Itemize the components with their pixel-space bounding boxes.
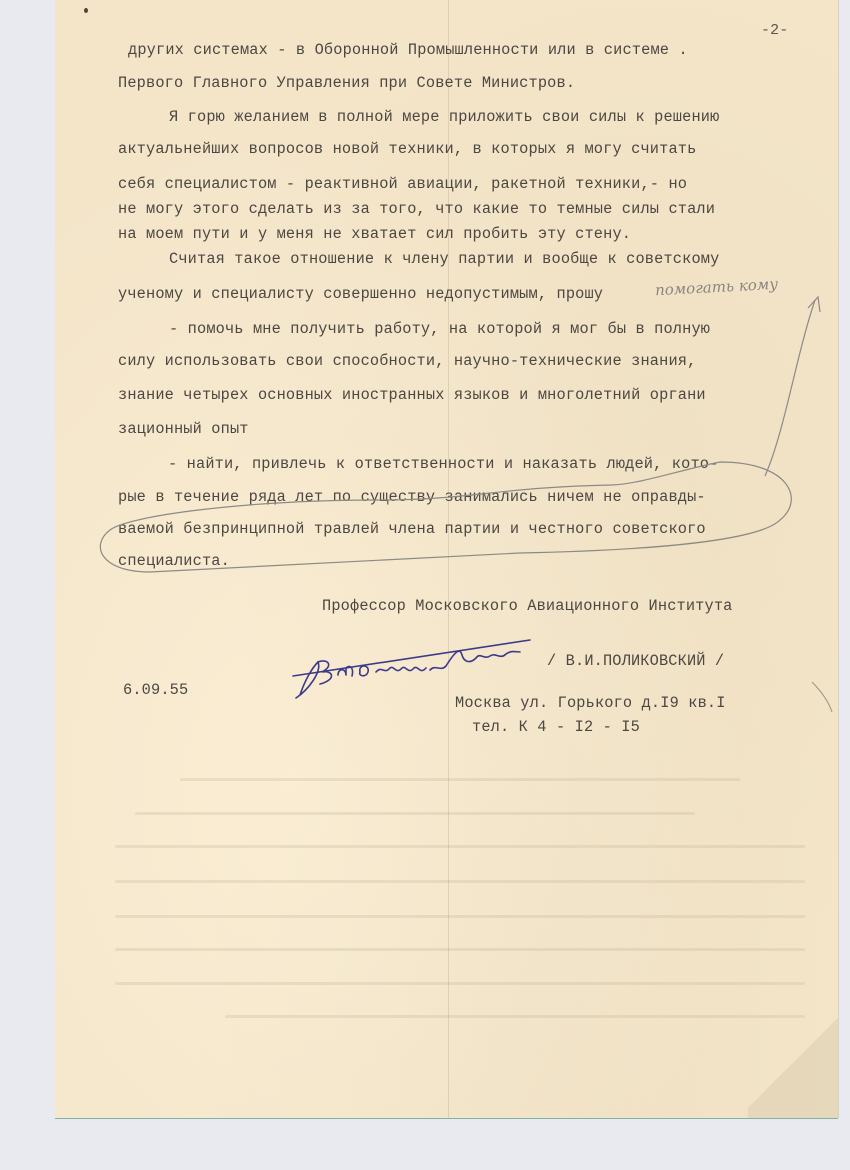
body-line: Считая такое отношение к члену партии и … — [169, 250, 719, 268]
body-line: зационный опыт — [118, 420, 249, 438]
body-line: Первого Главного Управления при Совете М… — [118, 74, 575, 92]
body-line: специалиста. — [118, 552, 230, 570]
body-line: не могу этого сделать из за того, что ка… — [118, 200, 715, 218]
show-through-line — [135, 812, 695, 815]
body-line: на моем пути и у меня не хватает сил про… — [118, 225, 631, 243]
body-line: силу использовать свои способности, науч… — [118, 352, 696, 370]
body-line: ваемой безпринципной травлей члена парти… — [118, 520, 706, 538]
body-line: - найти, привлечь к ответственности и на… — [168, 455, 718, 473]
show-through-line — [115, 948, 805, 951]
body-line: Я горю желанием в полной мере приложить … — [169, 108, 719, 126]
show-through-line — [115, 880, 805, 883]
author-address: Москва ул. Горького д.I9 кв.I — [455, 694, 726, 712]
show-through-line — [180, 778, 740, 781]
ink-speck — [84, 8, 88, 13]
show-through-line — [115, 845, 805, 848]
body-line: других системах - в Оборонной Промышленн… — [128, 41, 688, 59]
body-line: ученому и специалисту совершенно недопус… — [118, 285, 603, 303]
body-line: - помочь мне получить работу, на которой… — [169, 320, 710, 338]
document-date: 6.09.55 — [123, 681, 188, 699]
author-title: Профессор Московского Авиационного Инсти… — [322, 597, 733, 615]
show-through-line — [115, 915, 805, 918]
author-name: / В.И.ПОЛИКОВСКИЙ / — [547, 652, 724, 670]
author-phone: тел. К 4 - I2 - I5 — [472, 718, 640, 736]
show-through-line — [115, 982, 805, 985]
body-line: себя специалистом - реактивной авиации, … — [118, 175, 687, 193]
body-line: рые в течение ряда лет по существу заним… — [118, 488, 706, 506]
folded-corner — [748, 1008, 838, 1118]
page-number: -2- — [761, 22, 788, 40]
show-through-line — [225, 1015, 805, 1018]
body-line: знание четырех основных иностранных язык… — [118, 386, 706, 404]
body-line: актуальнейших вопросов новой техники, в … — [118, 140, 696, 158]
